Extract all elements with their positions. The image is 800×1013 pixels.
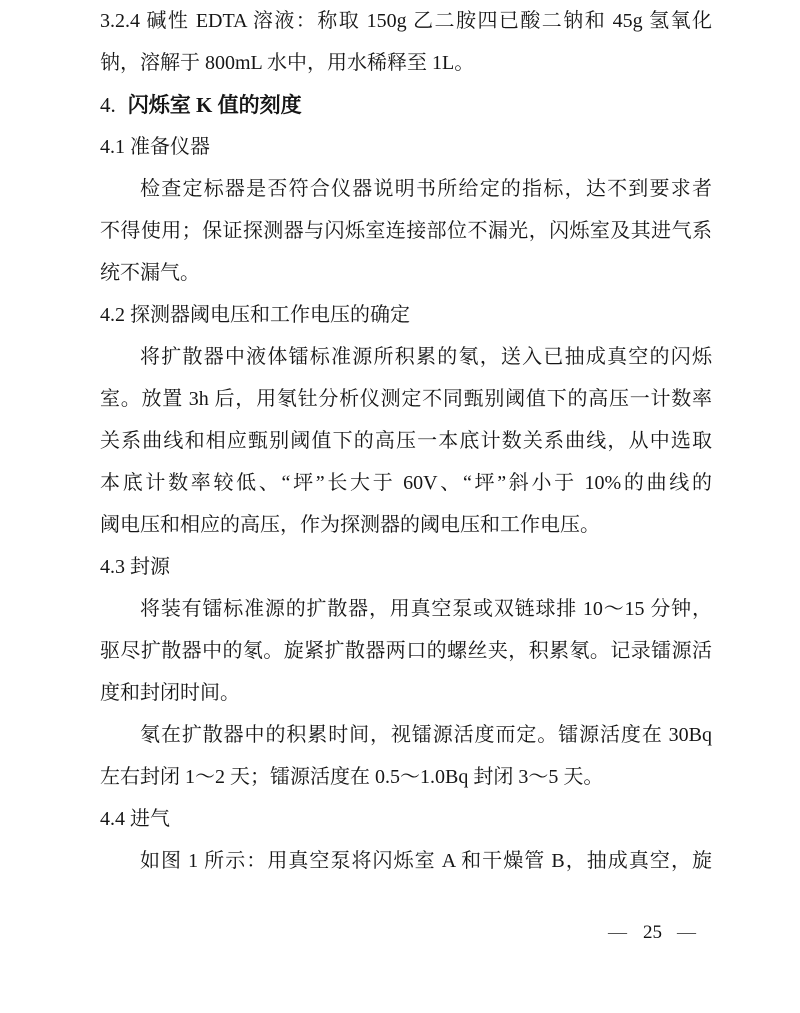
text-line: 检查定标器是否符合仪器说明书所给定的指标，达不到要求者: [100, 168, 712, 210]
footer-dash-left: —: [608, 920, 628, 946]
subsection-heading: 4.1 准备仪器: [100, 126, 712, 168]
heading-number: 4.: [100, 93, 116, 117]
subsection-heading: 4.2 探测器阈电压和工作电压的确定: [100, 294, 712, 336]
text-line: 将扩散器中液体镭标准源所积累的氡，送入已抽成真空的闪烁: [100, 336, 712, 378]
text-line: 不得使用；保证探测器与闪烁室连接部位不漏光，闪烁室及其进气系: [100, 210, 712, 252]
text-line: 钠，溶解于 800mL 水中，用水稀释至 1L。: [100, 42, 712, 84]
footer-dash-right: —: [677, 920, 697, 946]
text-line: 室。放置 3h 后，用氡钍分析仪测定不同甄别阈值下的高压一计数率: [100, 378, 712, 420]
subsection-heading: 4.3 封源: [100, 546, 712, 588]
page-number: 25: [643, 920, 662, 946]
text-line: 本底计数率较低、“坪”长大于 60V、“坪”斜小于 10%的曲线的: [100, 462, 712, 504]
text-line: 阈电压和相应的高压，作为探测器的阈电压和工作电压。: [100, 504, 712, 546]
text-line: 左右封闭 1～2 天；镭源活度在 0.5～1.0Bq 封闭 3～5 天。: [100, 756, 712, 798]
text-line: 氡在扩散器中的积累时间，视镭源活度而定。镭源活度在 30Bq: [100, 714, 712, 756]
text-line: 3.2.4 碱性 EDTA 溶液：称取 150g 乙二胺四已酸二钠和 45g 氢…: [100, 0, 712, 42]
text-line: 将装有镭标准源的扩散器，用真空泵或双链球排 10～15 分钟，: [100, 588, 712, 630]
heading-text: 闪烁室 K 值的刻度: [128, 93, 302, 117]
page-footer: — 25 —: [608, 920, 697, 946]
subsection-heading: 4.4 进气: [100, 798, 712, 840]
document-text: 3.2.4 碱性 EDTA 溶液：称取 150g 乙二胺四已酸二钠和 45g 氢…: [100, 0, 712, 882]
text-line: 度和封闭时间。: [100, 672, 712, 714]
text-line: 驱尽扩散器中的氡。旋紧扩散器两口的螺丝夹，积累氡。记录镭源活: [100, 630, 712, 672]
text-line: 如图 1 所示：用真空泵将闪烁室 A 和干燥管 B，抽成真空，旋: [100, 840, 712, 882]
text-line: 关系曲线和相应甄别阈值下的高压一本底计数关系曲线，从中选取: [100, 420, 712, 462]
text-line: 统不漏气。: [100, 252, 712, 294]
section-heading: 4.闪烁室 K 值的刻度: [100, 84, 712, 126]
